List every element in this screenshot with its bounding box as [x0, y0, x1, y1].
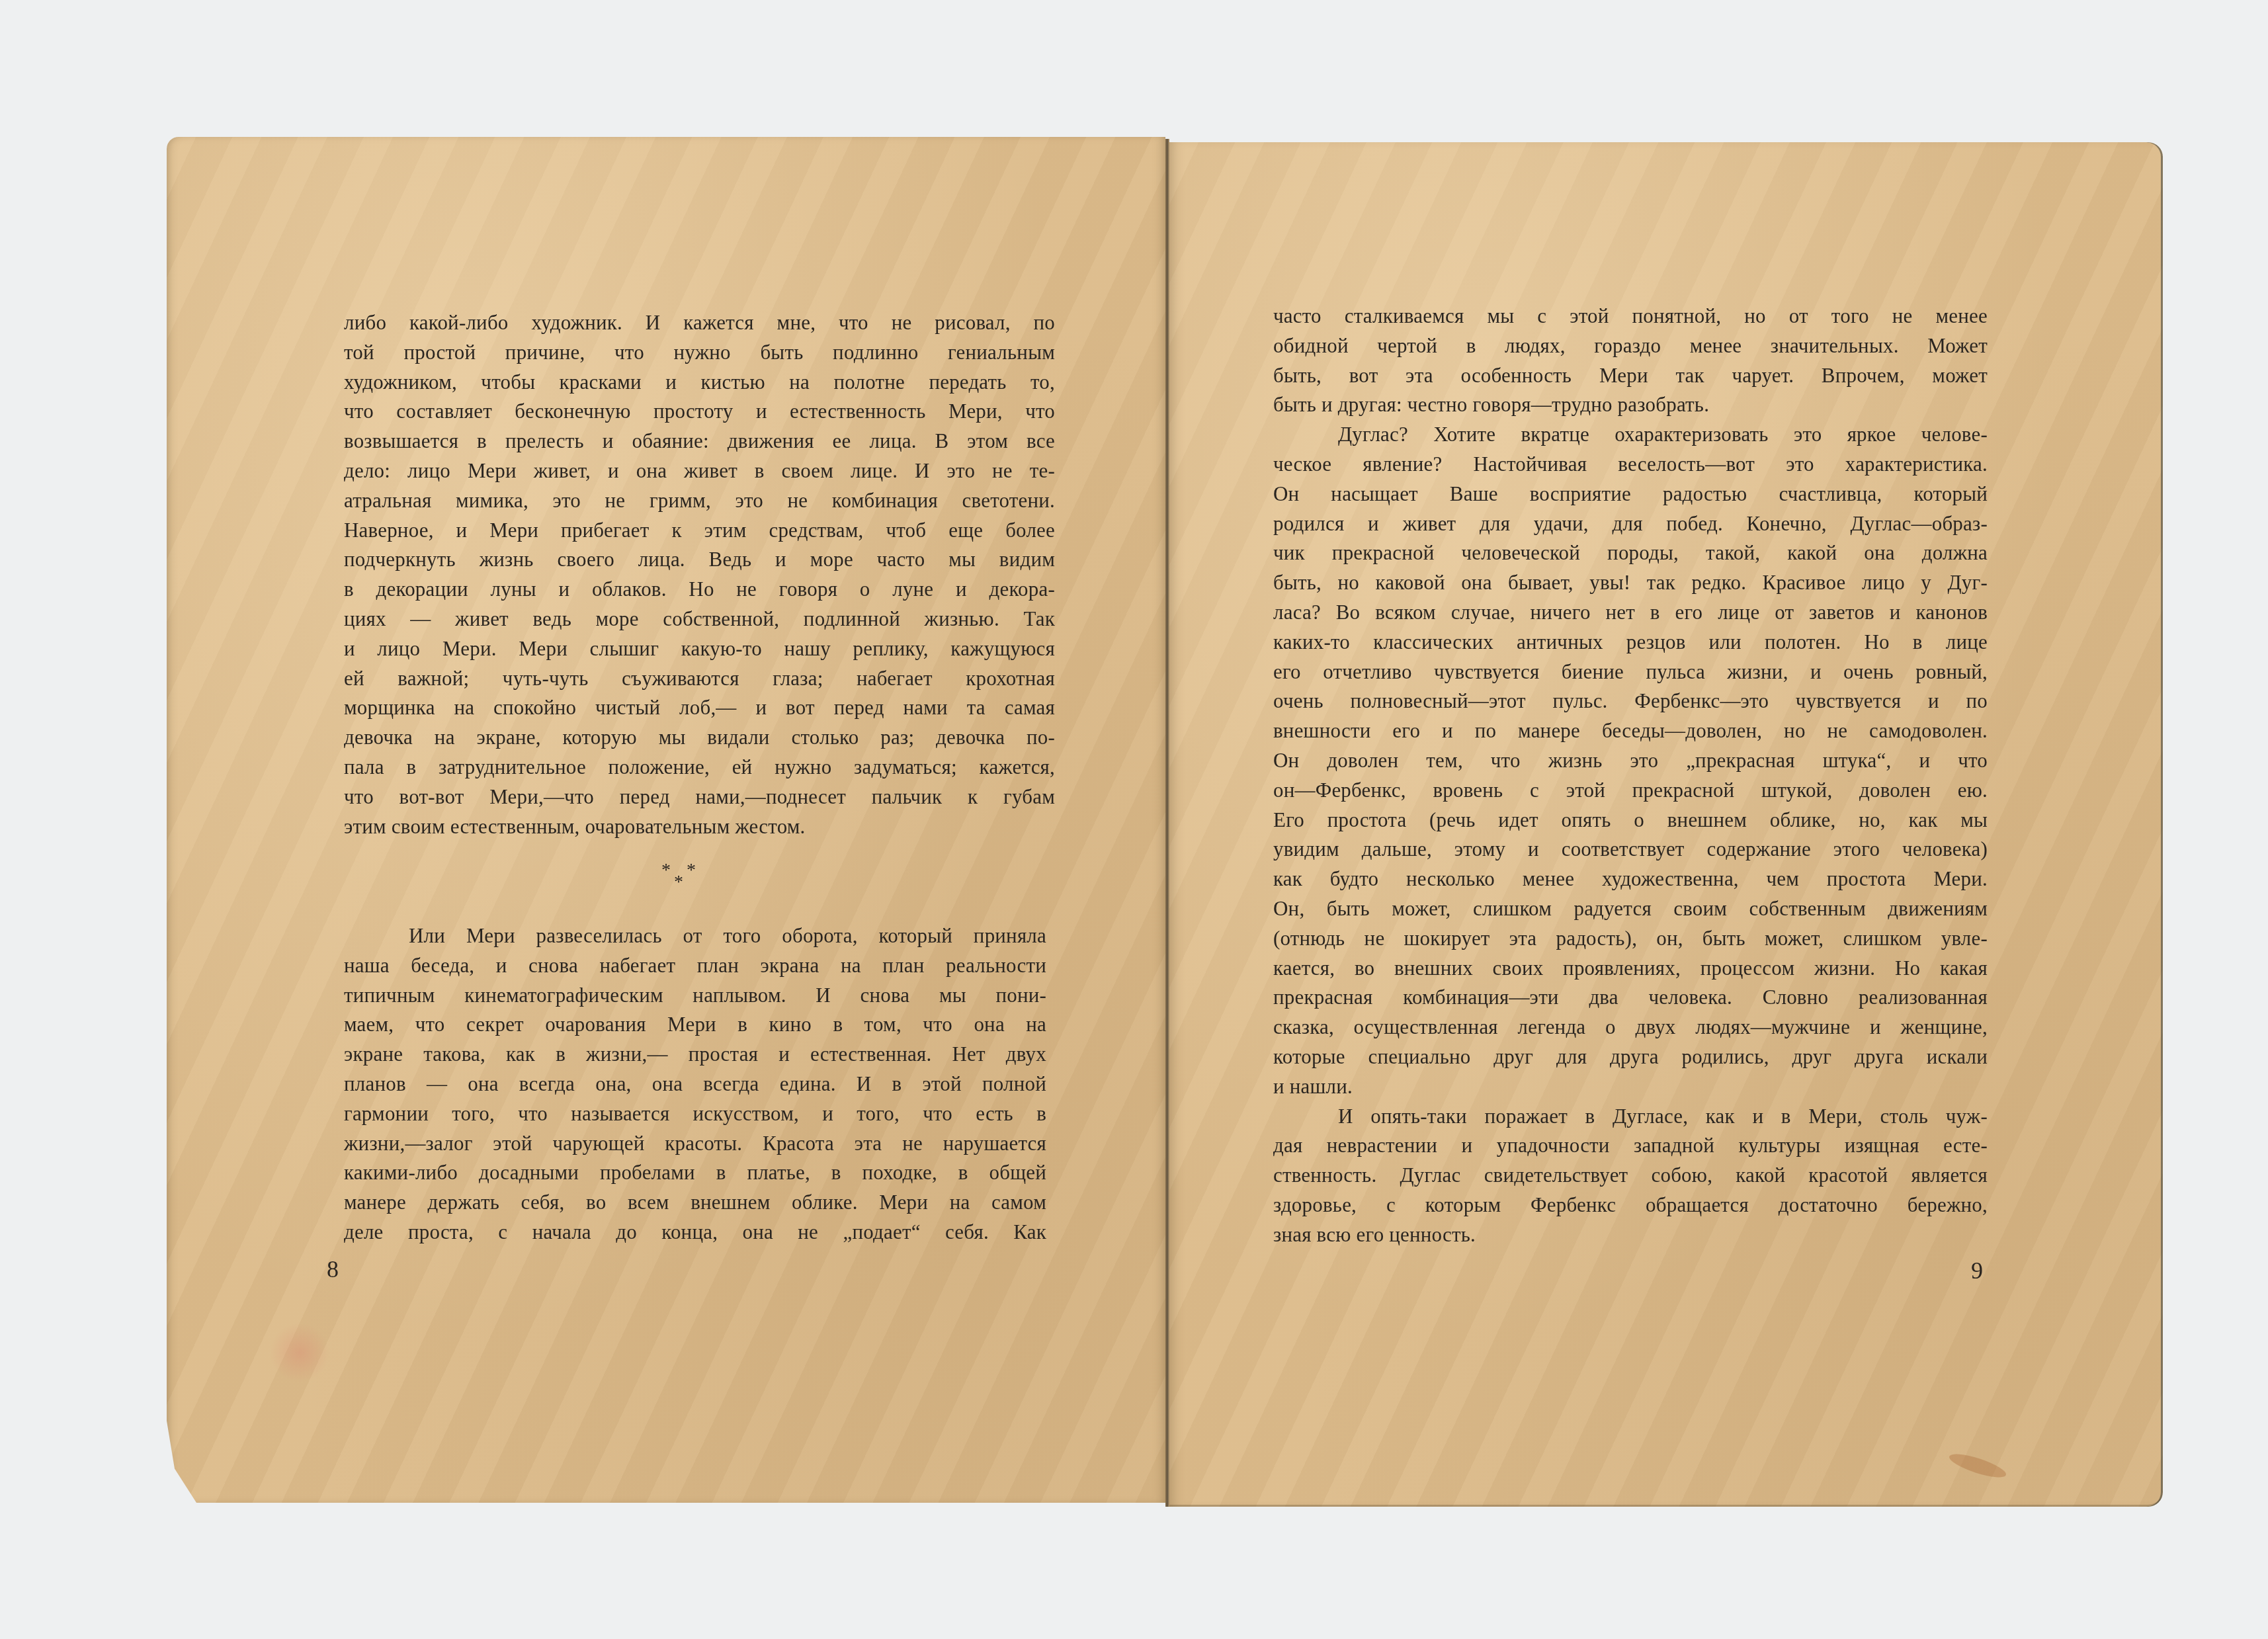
text-line: подчеркнуть жизнь своего лица. Ведь и мо… [344, 545, 1055, 575]
text-line: Или Мери развеселилась от того оборота, … [344, 921, 1046, 951]
right-page-text: часто сталкиваемся мы с этой понятной, н… [1273, 302, 1988, 1250]
text-line: художником, чтобы красками и кистью на п… [344, 368, 1055, 398]
text-line: и лицо Мери. Мери слышиг какую-то нашу р… [344, 634, 1055, 664]
text-line: той простой причине, что нужно быть подл… [344, 338, 1055, 368]
text-line: либо какой-либо художник. И кажется мне,… [344, 308, 1055, 338]
text-line: планов — она всегда она, она всегда един… [344, 1070, 1046, 1099]
text-line: Он, быть может, слишком радуется своим с… [1273, 894, 1988, 924]
text-line: этим своим естественным, очаровательным … [344, 812, 1055, 842]
asterisk: * [661, 860, 671, 881]
text-line: маем, что секрет очарования Мери в кино … [344, 1010, 1046, 1040]
text-line: экране такова, как в жизни,— простая и е… [344, 1040, 1046, 1070]
text-line: циях — живет ведь море собственной, подл… [344, 605, 1055, 634]
text-line: родился и живет для удачи, для побед. Ко… [1273, 509, 1988, 539]
text-line: в декорации луны и облаков. Но не говоря… [344, 575, 1055, 605]
text-line: манере держать себя, во всем внешнем обл… [344, 1188, 1046, 1218]
text-line: деле проста, с начала до конца, она не „… [344, 1218, 1046, 1247]
left-page-paragraph-2: Или Мери развеселилась от того оборота, … [344, 921, 1046, 1247]
text-line: что вот-вот Мери,—что перед нами,—поднес… [344, 782, 1055, 812]
text-line: часто сталкиваемся мы с этой понятной, н… [1273, 302, 1988, 331]
text-line: обидной чертой в людях, гораздо менее зн… [1273, 331, 1988, 361]
text-line: чик прекрасной человеческой породы, тако… [1273, 538, 1988, 568]
text-line: его отчетливо чувствуется биение пульса … [1273, 657, 1988, 687]
text-line: жизни,—залог этой чарующей красоты. Крас… [344, 1129, 1046, 1159]
text-line: пала в затруднительное положение, ей нуж… [344, 753, 1055, 782]
text-line: ей важной; чуть-чуть съуживаются глаза; … [344, 664, 1055, 694]
text-line: что составляет бесконечную простоту и ес… [344, 397, 1055, 427]
asterisk: * [687, 860, 696, 881]
text-line: он—Фербенкс, вровень с этой прекрасной ш… [1273, 776, 1988, 806]
text-line: гармонии того, что называется искусством… [344, 1099, 1046, 1129]
text-line: Он доволен тем, что жизнь это „прекрасна… [1273, 746, 1988, 776]
text-line: Он насыщает Ваше восприятие радостью сча… [1273, 480, 1988, 509]
text-line: наша беседа, и снова набегает план экран… [344, 951, 1046, 981]
text-line: девочка на экране, которую мы видали сто… [344, 723, 1055, 753]
text-line: здоровье, с которым Фербенкс обращается … [1273, 1191, 1988, 1220]
text-line: (отнюдь не шокирует эта радость), он, бы… [1273, 924, 1988, 954]
text-line: Дуглас? Хотите вкратце охарактеризовать … [1273, 420, 1988, 450]
text-line: и нашли. [1273, 1072, 1988, 1102]
text-line: внешности его и по манере беседы—доволен… [1273, 716, 1988, 746]
section-separator-asterism: * * * [655, 860, 721, 900]
text-line: быть и другая: честно говоря—трудно разо… [1273, 390, 1988, 420]
text-line: которые специально друг для друга родили… [1273, 1042, 1988, 1072]
text-line: ческое явление? Настойчивая веселость—во… [1273, 450, 1988, 480]
text-line: дая неврастении и упадочности западной к… [1273, 1131, 1988, 1161]
text-line: Его простота (речь идет опять о внешнем … [1273, 806, 1988, 835]
text-line: ственность. Дуглас свидетельствует собою… [1273, 1161, 1988, 1191]
text-line: возвышается в прелесть и обаяние: движен… [344, 427, 1055, 456]
text-line: каких-то классических античных резцов ил… [1273, 628, 1988, 657]
text-line: как будто несколько менее художественна,… [1273, 864, 1988, 894]
text-line: Наверное, и Мери прибегает к этим средст… [344, 516, 1055, 546]
page-number-left: 8 [327, 1255, 339, 1283]
text-line: очень полновесный—этот пульс. Фербенкс—э… [1273, 687, 1988, 716]
text-line: атральная мимика, это не гримм, это не к… [344, 486, 1055, 516]
left-page-paragraph-1: либо какой-либо художник. И кажется мне,… [344, 308, 1055, 841]
text-line: увидим дальше, этому и соответствует сод… [1273, 835, 1988, 864]
text-line: ласа? Во всяком случае, ничего нет в его… [1273, 598, 1988, 628]
text-line: быть, но каковой она бывает, увы! так ре… [1273, 568, 1988, 598]
text-line: сказка, осуществленная легенда о двух лю… [1273, 1013, 1988, 1042]
asterisk: * [674, 872, 683, 893]
text-line: морщинка на спокойно чистый лоб,— и вот … [344, 693, 1055, 723]
text-line: какими-либо досадными пробелами в платье… [344, 1158, 1046, 1188]
text-line: быть, вот эта особенность Мери так чаруе… [1273, 361, 1988, 391]
text-line: типичным кинематографическим наплывом. И… [344, 981, 1046, 1011]
text-line: кается, во внешних своих проявлениях, пр… [1273, 954, 1988, 984]
text-line: дело: лицо Мери живет, и она живет в сво… [344, 456, 1055, 486]
text-line: зная всю его ценность. [1273, 1220, 1988, 1250]
text-line: прекрасная комбинация—эти два человека. … [1273, 983, 1988, 1013]
text-line: И опять-таки поражает в Дугласе, как и в… [1273, 1102, 1988, 1132]
book-spine-gutter [1165, 139, 1169, 1507]
red-pencil-mark [270, 1323, 329, 1382]
page-number-right: 9 [1971, 1257, 1983, 1284]
